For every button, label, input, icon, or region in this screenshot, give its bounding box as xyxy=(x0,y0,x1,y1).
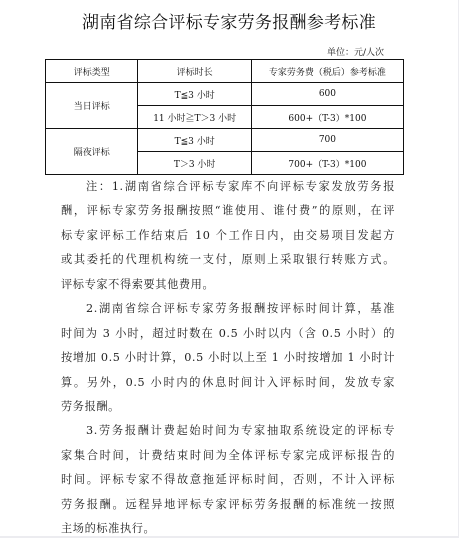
document-title: 湖南省综合评标专家劳务报酬参考标准 xyxy=(0,8,458,33)
note-1-line: 标专家评标工作结束后 10 个工作日内，由交易项目发起方 xyxy=(61,224,395,248)
note-1-line: 酬，评标专家劳务报酬按照“谁使用、谁付费”的原则，在评 xyxy=(61,199,395,223)
document-page: 湖南省综合评标专家劳务报酬参考标准 单位：元/人次 评标类型 评标时长 专家劳务… xyxy=(0,0,458,536)
duration-cell: T≦3 小时 xyxy=(138,83,251,106)
header-fee: 专家劳务费（税后）参考标准 xyxy=(251,60,403,83)
note-3-line: 主场的标准执行。 xyxy=(61,517,395,538)
note-2-line: 按增加 0.5 小时计算，0.5 小时以上至 1 小时按增加 1 小时计 xyxy=(61,346,395,370)
note-3-line: 3.劳务报酬计费起始时间为专家抽取系统设定的评标专 xyxy=(61,419,395,443)
unit-label: 单位：元/人次 xyxy=(327,45,384,58)
type-same-day: 当日评标 xyxy=(46,83,138,129)
note-1-line: 注：1.湖南省综合评标专家库不向评标专家发放劳务报 xyxy=(61,175,395,199)
note-2-line: 算。另外，0.5 小时内的休息时间计入评标时间，发放专家 xyxy=(61,371,395,395)
note-3-line: 家集合时间，计费结束时间为全体评标专家完成评标报告的 xyxy=(61,444,395,468)
header-duration: 评标时长 xyxy=(138,60,251,83)
note-1-line: 评标专家不得索要其他费用。 xyxy=(61,273,395,297)
header-type: 评标类型 xyxy=(46,60,138,83)
note-1-line: 或其委托的代理机构统一支付，原则上采取银行转账方式。 xyxy=(61,248,395,272)
fee-cell: 600+（T-3）*100 xyxy=(251,106,403,129)
fee-standard-table: 评标类型 评标时长 专家劳务费（税后）参考标准 当日评标 T≦3 小时 600 … xyxy=(45,59,404,175)
note-2-line: 2.湖南省综合评标专家劳务报酬按评标时间计算，基准 xyxy=(61,297,395,321)
duration-cell: T≦3 小时 xyxy=(138,129,251,152)
duration-cell: 11 小时≧T＞3 小时 xyxy=(138,106,251,129)
fee-cell: 700 xyxy=(251,129,403,152)
note-3-line: 时间。评标专家不得故意拖延评标时间，否则，不计入评标 xyxy=(61,468,395,492)
note-2-line: 时间为 3 小时，超过时数在 0.5 小时以内（含 0.5 小时）的 xyxy=(61,322,395,346)
table-row: 隔夜评标 T≦3 小时 700 xyxy=(46,129,404,152)
notes-section: 注：1.湖南省综合评标专家库不向评标专家发放劳务报 酬，评标专家劳务报酬按照“谁… xyxy=(61,175,395,538)
fee-cell: 700+（T-3）*100 xyxy=(251,152,403,175)
table-header-row: 评标类型 评标时长 专家劳务费（税后）参考标准 xyxy=(46,60,404,83)
type-overnight: 隔夜评标 xyxy=(46,129,138,175)
duration-cell: T＞3 小时 xyxy=(138,152,251,175)
note-2-line: 劳务报酬。 xyxy=(61,395,395,419)
note-3-line: 劳务报酬。远程异地评标专家评标劳务报酬的标准统一按照 xyxy=(61,493,395,517)
fee-cell: 600 xyxy=(251,83,403,106)
table-row: 当日评标 T≦3 小时 600 xyxy=(46,83,404,106)
